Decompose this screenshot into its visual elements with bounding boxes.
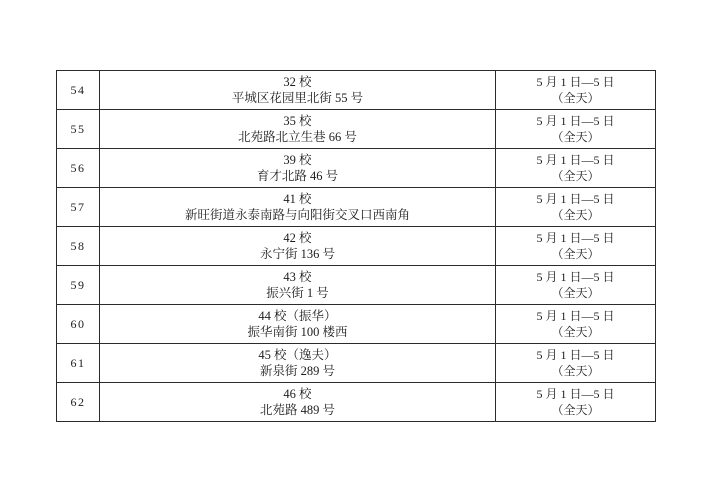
table-row: 61 45 校（逸夫） 新泉街 289 号 5 月 1 日—5 日 （全天） [57, 344, 656, 383]
row-number-cell: 58 [57, 227, 100, 266]
location-cell: 41 校 新旺街道永泰南路与向阳街交叉口西南角 [100, 188, 496, 227]
date-range: 5 月 1 日—5 日 [496, 191, 655, 207]
date-range: 5 月 1 日—5 日 [496, 347, 655, 363]
date-note: （全天） [496, 324, 655, 340]
site-address: 新旺街道永泰南路与向阳街交叉口西南角 [100, 207, 495, 223]
site-name: 32 校 [100, 74, 495, 90]
schedule-table: 54 32 校 平城区花园里北街 55 号 5 月 1 日—5 日 （全天） 5… [56, 70, 656, 422]
location-cell: 42 校 永宁街 136 号 [100, 227, 496, 266]
site-name: 43 校 [100, 269, 495, 285]
location-cell: 45 校（逸夫） 新泉街 289 号 [100, 344, 496, 383]
row-number-cell: 59 [57, 266, 100, 305]
date-range: 5 月 1 日—5 日 [496, 74, 655, 90]
table-row: 56 39 校 育才北路 46 号 5 月 1 日—5 日 （全天） [57, 149, 656, 188]
date-range: 5 月 1 日—5 日 [496, 308, 655, 324]
row-number-cell: 55 [57, 110, 100, 149]
site-name: 46 校 [100, 386, 495, 402]
date-range: 5 月 1 日—5 日 [496, 386, 655, 402]
location-cell: 32 校 平城区花园里北街 55 号 [100, 71, 496, 110]
date-range: 5 月 1 日—5 日 [496, 269, 655, 285]
site-name: 41 校 [100, 191, 495, 207]
location-cell: 43 校 振兴街 1 号 [100, 266, 496, 305]
date-note: （全天） [496, 402, 655, 418]
site-address: 振华南街 100 楼西 [100, 324, 495, 340]
table-row: 58 42 校 永宁街 136 号 5 月 1 日—5 日 （全天） [57, 227, 656, 266]
site-address: 振兴街 1 号 [100, 285, 495, 301]
site-address: 北苑路北立生巷 66 号 [100, 129, 495, 145]
date-range: 5 月 1 日—5 日 [496, 113, 655, 129]
date-cell: 5 月 1 日—5 日 （全天） [496, 305, 656, 344]
location-cell: 44 校（振华） 振华南街 100 楼西 [100, 305, 496, 344]
site-name: 35 校 [100, 113, 495, 129]
date-note: （全天） [496, 207, 655, 223]
date-note: （全天） [496, 168, 655, 184]
row-number-cell: 62 [57, 383, 100, 422]
site-name: 39 校 [100, 152, 495, 168]
table-row: 54 32 校 平城区花园里北街 55 号 5 月 1 日—5 日 （全天） [57, 71, 656, 110]
date-cell: 5 月 1 日—5 日 （全天） [496, 383, 656, 422]
date-note: （全天） [496, 363, 655, 379]
date-range: 5 月 1 日—5 日 [496, 152, 655, 168]
table-row: 59 43 校 振兴街 1 号 5 月 1 日—5 日 （全天） [57, 266, 656, 305]
table-row: 60 44 校（振华） 振华南街 100 楼西 5 月 1 日—5 日 （全天） [57, 305, 656, 344]
table-row: 57 41 校 新旺街道永泰南路与向阳街交叉口西南角 5 月 1 日—5 日 （… [57, 188, 656, 227]
row-number-cell: 60 [57, 305, 100, 344]
site-name: 45 校（逸夫） [100, 347, 495, 363]
location-cell: 46 校 北苑路 489 号 [100, 383, 496, 422]
table-row: 62 46 校 北苑路 489 号 5 月 1 日—5 日 （全天） [57, 383, 656, 422]
date-note: （全天） [496, 246, 655, 262]
date-note: （全天） [496, 90, 655, 106]
site-name: 44 校（振华） [100, 308, 495, 324]
date-note: （全天） [496, 129, 655, 145]
row-number-cell: 54 [57, 71, 100, 110]
date-cell: 5 月 1 日—5 日 （全天） [496, 227, 656, 266]
location-cell: 39 校 育才北路 46 号 [100, 149, 496, 188]
site-address: 北苑路 489 号 [100, 402, 495, 418]
date-cell: 5 月 1 日—5 日 （全天） [496, 110, 656, 149]
date-note: （全天） [496, 285, 655, 301]
site-address: 新泉街 289 号 [100, 363, 495, 379]
site-address: 平城区花园里北街 55 号 [100, 90, 495, 106]
date-cell: 5 月 1 日—5 日 （全天） [496, 149, 656, 188]
date-range: 5 月 1 日—5 日 [496, 230, 655, 246]
location-cell: 35 校 北苑路北立生巷 66 号 [100, 110, 496, 149]
table-row: 55 35 校 北苑路北立生巷 66 号 5 月 1 日—5 日 （全天） [57, 110, 656, 149]
date-cell: 5 月 1 日—5 日 （全天） [496, 266, 656, 305]
row-number-cell: 56 [57, 149, 100, 188]
site-name: 42 校 [100, 230, 495, 246]
site-address: 育才北路 46 号 [100, 168, 495, 184]
row-number-cell: 61 [57, 344, 100, 383]
site-address: 永宁街 136 号 [100, 246, 495, 262]
date-cell: 5 月 1 日—5 日 （全天） [496, 188, 656, 227]
date-cell: 5 月 1 日—5 日 （全天） [496, 71, 656, 110]
date-cell: 5 月 1 日—5 日 （全天） [496, 344, 656, 383]
row-number-cell: 57 [57, 188, 100, 227]
document-page: 54 32 校 平城区花园里北街 55 号 5 月 1 日—5 日 （全天） 5… [0, 0, 724, 504]
